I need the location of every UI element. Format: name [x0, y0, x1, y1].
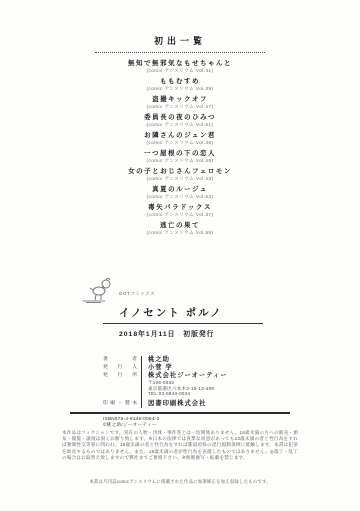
credit-label: 発行人 — [103, 364, 142, 372]
chapter-source: (comic アンスリウム Vol.37) — [55, 212, 305, 218]
imprint-row: GOTコミックス — [55, 278, 305, 304]
bottom-rule — [70, 412, 290, 414]
got-mascot-icon — [89, 278, 115, 302]
chapter-source: (comic アンスリウム Vol.39) — [55, 86, 305, 92]
printer-company: 図書印刷株式会社 — [148, 400, 228, 408]
chapter-title: ももむすめ — [55, 78, 305, 86]
chapter-title: お隣さんのジュン君 — [55, 132, 305, 140]
list-item: 女の子とおじさんフェロモン (comic アンスリウム Vol.43) — [55, 168, 305, 181]
chapter-source: (comic アンスリウム Vol.41) — [55, 68, 305, 74]
colophon-page: 初出一覧 無知で無邪気なもせちゃんと (comic アンスリウム Vol.41)… — [0, 0, 360, 511]
title-rule — [103, 323, 263, 324]
publisher-person: 小菅 学 — [148, 364, 228, 372]
credit-label: 発行所 — [103, 372, 142, 400]
chapter-title: 一つ屋根の下の恋人 — [55, 150, 305, 158]
book-title: イノセント ポルノ — [119, 305, 305, 320]
chapter-title: 真夏のルージュ — [55, 186, 305, 194]
chapter-title: 盗撮キックオフ — [55, 96, 305, 104]
chapter-source: (comic アンスリウム Vol.43) — [55, 176, 305, 182]
chapter-source: (comic アンスリウム Vol.55) — [55, 230, 305, 236]
chapter-title: 無知で無邪気なもせちゃんと — [55, 60, 305, 68]
chapter-source: (comic アンスリウム Vol.47) — [55, 104, 305, 110]
legal-disclaimer: 本作品はフィクションです。実在の人物・団体・事件等とは一切関係ありません。18歳… — [62, 430, 298, 461]
isbn-block: ISBN978-4-8146-0064-3 ©桃之助/ジーオーティー — [103, 416, 305, 428]
credit-label: 著 者 — [103, 356, 142, 364]
list-item: 委員長の夜のひみつ (comic アンスリウム Vol.51) — [55, 114, 305, 127]
chapter-title: 逃亡の果て — [55, 222, 305, 230]
mascot-shadow — [83, 300, 105, 303]
list-item: お隣さんのジュン君 (comic アンスリウム Vol.46) — [55, 132, 305, 145]
chapter-source: (comic アンスリウム Vol.45) — [55, 158, 305, 164]
list-item: 毒矢パラドックス (comic アンスリウム Vol.37) — [55, 204, 305, 217]
list-item: ももむすめ (comic アンスリウム Vol.39) — [55, 78, 305, 91]
reprint-note: 本書は月刊誌comicアンスリウムに掲載された作品に加筆修正を加え収録したもので… — [30, 479, 330, 485]
credit-row-publisher: 発行所 株式会社ジーオーティー 〒106-0032 東京都港区六本木3-16-1… — [103, 372, 228, 400]
chapter-title: 委員長の夜のひみつ — [55, 114, 305, 122]
list-item: 真夏のルージュ (comic アンスリウム Vol.53) — [55, 186, 305, 199]
list-item: 盗撮キックオフ (comic アンスリウム Vol.47) — [55, 96, 305, 109]
copyright-line: ©桃之助/ジーオーティー — [103, 422, 305, 428]
credits-table: 著 者 桃之助 発行人 小菅 学 発行所 株式会社ジーオーティー 〒106-00… — [103, 356, 228, 408]
list-item: 一つ屋根の下の恋人 (comic アンスリウム Vol.45) — [55, 150, 305, 163]
list-item: 無知で無邪気なもせちゃんと (comic アンスリウム Vol.41) — [55, 60, 305, 73]
credit-label: 印刷・製本 — [103, 400, 142, 408]
credit-row-printer: 印刷・製本 図書印刷株式会社 — [103, 400, 228, 408]
chapter-title: 女の子とおじさんフェロモン — [55, 168, 305, 176]
chapter-source: (comic アンスリウム Vol.46) — [55, 140, 305, 146]
chapter-source: (comic アンスリウム Vol.51) — [55, 122, 305, 128]
imprint-label: GOTコミックス — [119, 291, 155, 297]
dotted-divider — [95, 52, 265, 53]
credit-row-author: 著 者 桃之助 — [103, 356, 228, 364]
publication-info: GOTコミックス イノセント ポルノ 2018年1月11日 初版発行 著 者 桃… — [55, 278, 305, 428]
list-item: 逃亡の果て (comic アンスリウム Vol.55) — [55, 222, 305, 235]
edition-date: 2018年1月11日 初版発行 — [119, 328, 305, 338]
publisher-company: 株式会社ジーオーティー — [148, 372, 228, 380]
author-name: 桃之助 — [148, 356, 228, 364]
chapter-source: (comic アンスリウム Vol.53) — [55, 194, 305, 200]
first-publication-list: 初出一覧 無知で無邪気なもせちゃんと (comic アンスリウム Vol.41)… — [55, 34, 305, 240]
credit-row-publisher-person: 発行人 小菅 学 — [103, 364, 228, 372]
section-title: 初出一覧 — [55, 34, 305, 47]
chapter-title: 毒矢パラドックス — [55, 204, 305, 212]
